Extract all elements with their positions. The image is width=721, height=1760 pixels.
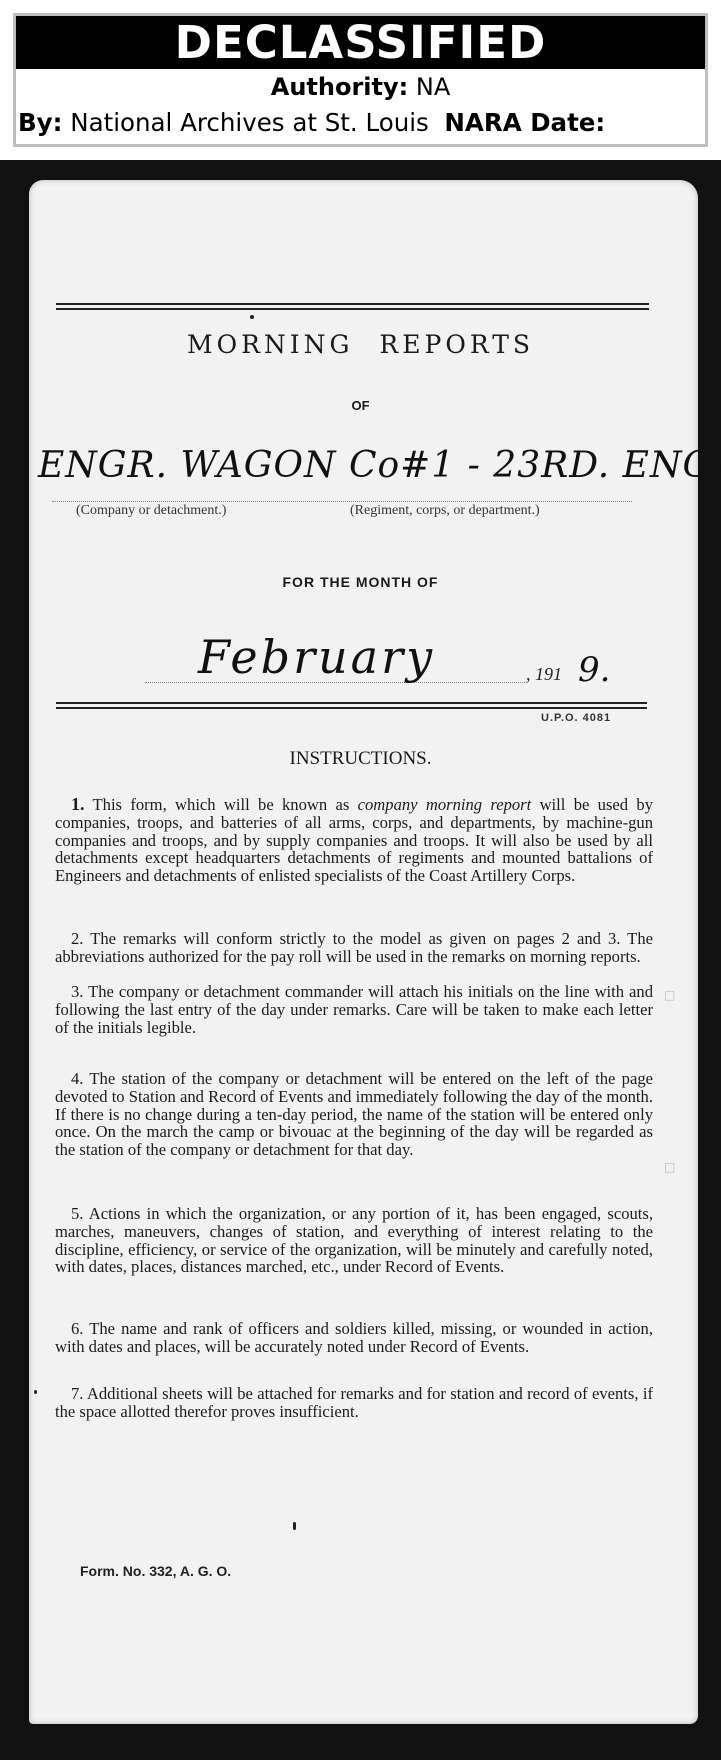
- instruction-number: 7.: [55, 1384, 83, 1403]
- middle-double-rule: [56, 702, 647, 709]
- instruction-number: 4.: [55, 1069, 83, 1088]
- top-double-rule: [56, 303, 649, 310]
- instruction-number: 2.: [55, 929, 83, 948]
- form-number: Form. No. 332, A. G. O.: [80, 1563, 231, 1579]
- instruction-number: 5.: [55, 1204, 83, 1223]
- authority-value: NA: [416, 73, 450, 101]
- instruction-item: 6. The name and rank of officers and sol…: [55, 1320, 653, 1356]
- ink-speck: [34, 1390, 37, 1394]
- authority-line: Authority: NA: [16, 72, 705, 102]
- printer-mark: U.P.O. 4081: [541, 712, 611, 724]
- year-handwritten-digit: 9.: [578, 650, 610, 690]
- authority-label: Authority:: [271, 73, 408, 101]
- nara-date-label: NARA Date:: [444, 108, 605, 137]
- scan-artifact-mark: □: [664, 1160, 675, 1174]
- declassification-stamp: DECLASSIFIED Authority: NA By: National …: [13, 13, 708, 147]
- instruction-item: 4. The station of the company or detachm…: [55, 1070, 653, 1159]
- ink-speck: [250, 315, 254, 319]
- instruction-item: 2. The remarks will conform strictly to …: [55, 930, 653, 966]
- form-title: MORNING REPORTS: [0, 330, 721, 359]
- month-handwritten-value: February: [198, 630, 435, 684]
- by-line: By: National Archives at St. Louis NARA …: [18, 107, 705, 139]
- by-label: By:: [18, 108, 62, 137]
- instruction-item: 1. This form, which will be known as com…: [55, 796, 653, 885]
- instruction-item: 3. The company or detachment commander w…: [55, 983, 653, 1036]
- instruction-item: 5. Actions in which the organization, or…: [55, 1205, 653, 1276]
- instruction-number: 1.: [55, 794, 85, 814]
- instruction-number: 6.: [55, 1319, 83, 1338]
- instruction-item: 7. Additional sheets will be attached fo…: [55, 1385, 653, 1421]
- company-caption: (Company or detachment.): [76, 503, 226, 519]
- of-label: OF: [0, 398, 721, 413]
- declassified-heading: DECLASSIFIED: [16, 16, 705, 69]
- company-handwritten-value: ENGR. WAGON Co#1 - 23RD. ENGR'S.: [38, 445, 721, 486]
- year-printed: , 191: [526, 664, 562, 685]
- regiment-caption: (Regiment, corps, or department.): [350, 503, 540, 519]
- by-value: National Archives at St. Louis: [70, 108, 429, 137]
- scan-artifact-mark: □: [664, 988, 675, 1002]
- ink-speck: [293, 1522, 296, 1530]
- instruction-number: 3.: [55, 982, 83, 1001]
- month-label: FOR THE MONTH OF: [0, 574, 721, 590]
- company-fill-line: [52, 501, 632, 502]
- instruction-emphasis: company morning report: [358, 795, 532, 814]
- instructions-title: INSTRUCTIONS.: [0, 748, 721, 770]
